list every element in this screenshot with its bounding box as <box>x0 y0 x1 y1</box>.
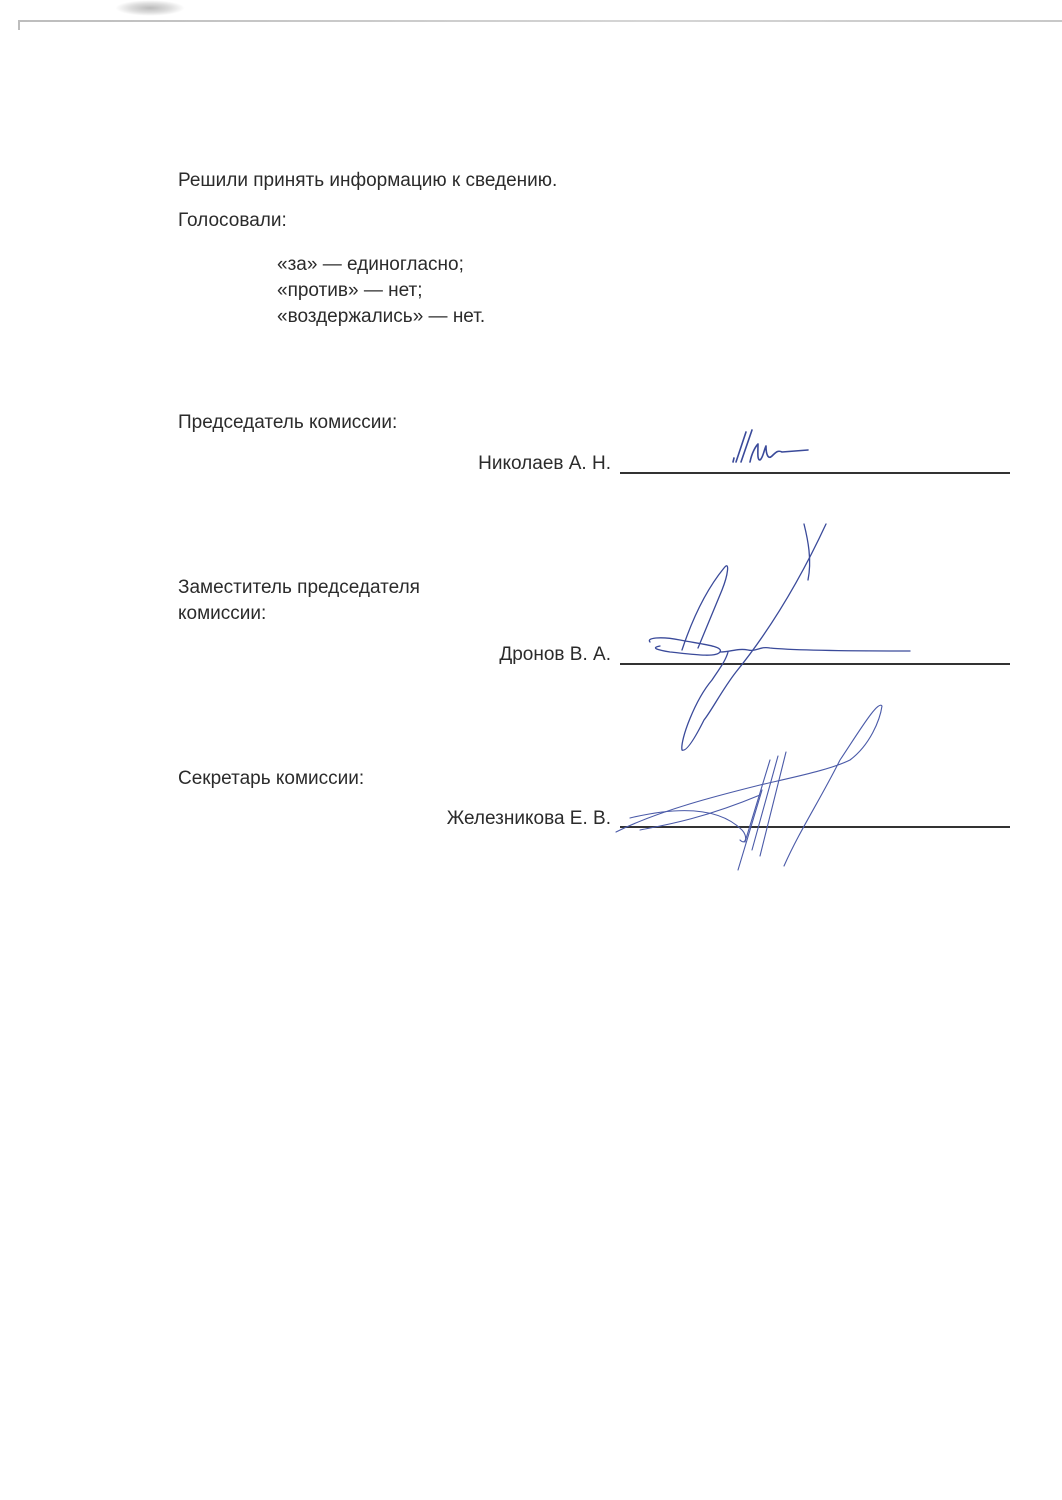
handwritten-signatures <box>0 0 1062 1500</box>
chairman-signature <box>733 430 808 462</box>
deputy-signature <box>649 524 910 750</box>
secretary-signature <box>616 705 882 870</box>
